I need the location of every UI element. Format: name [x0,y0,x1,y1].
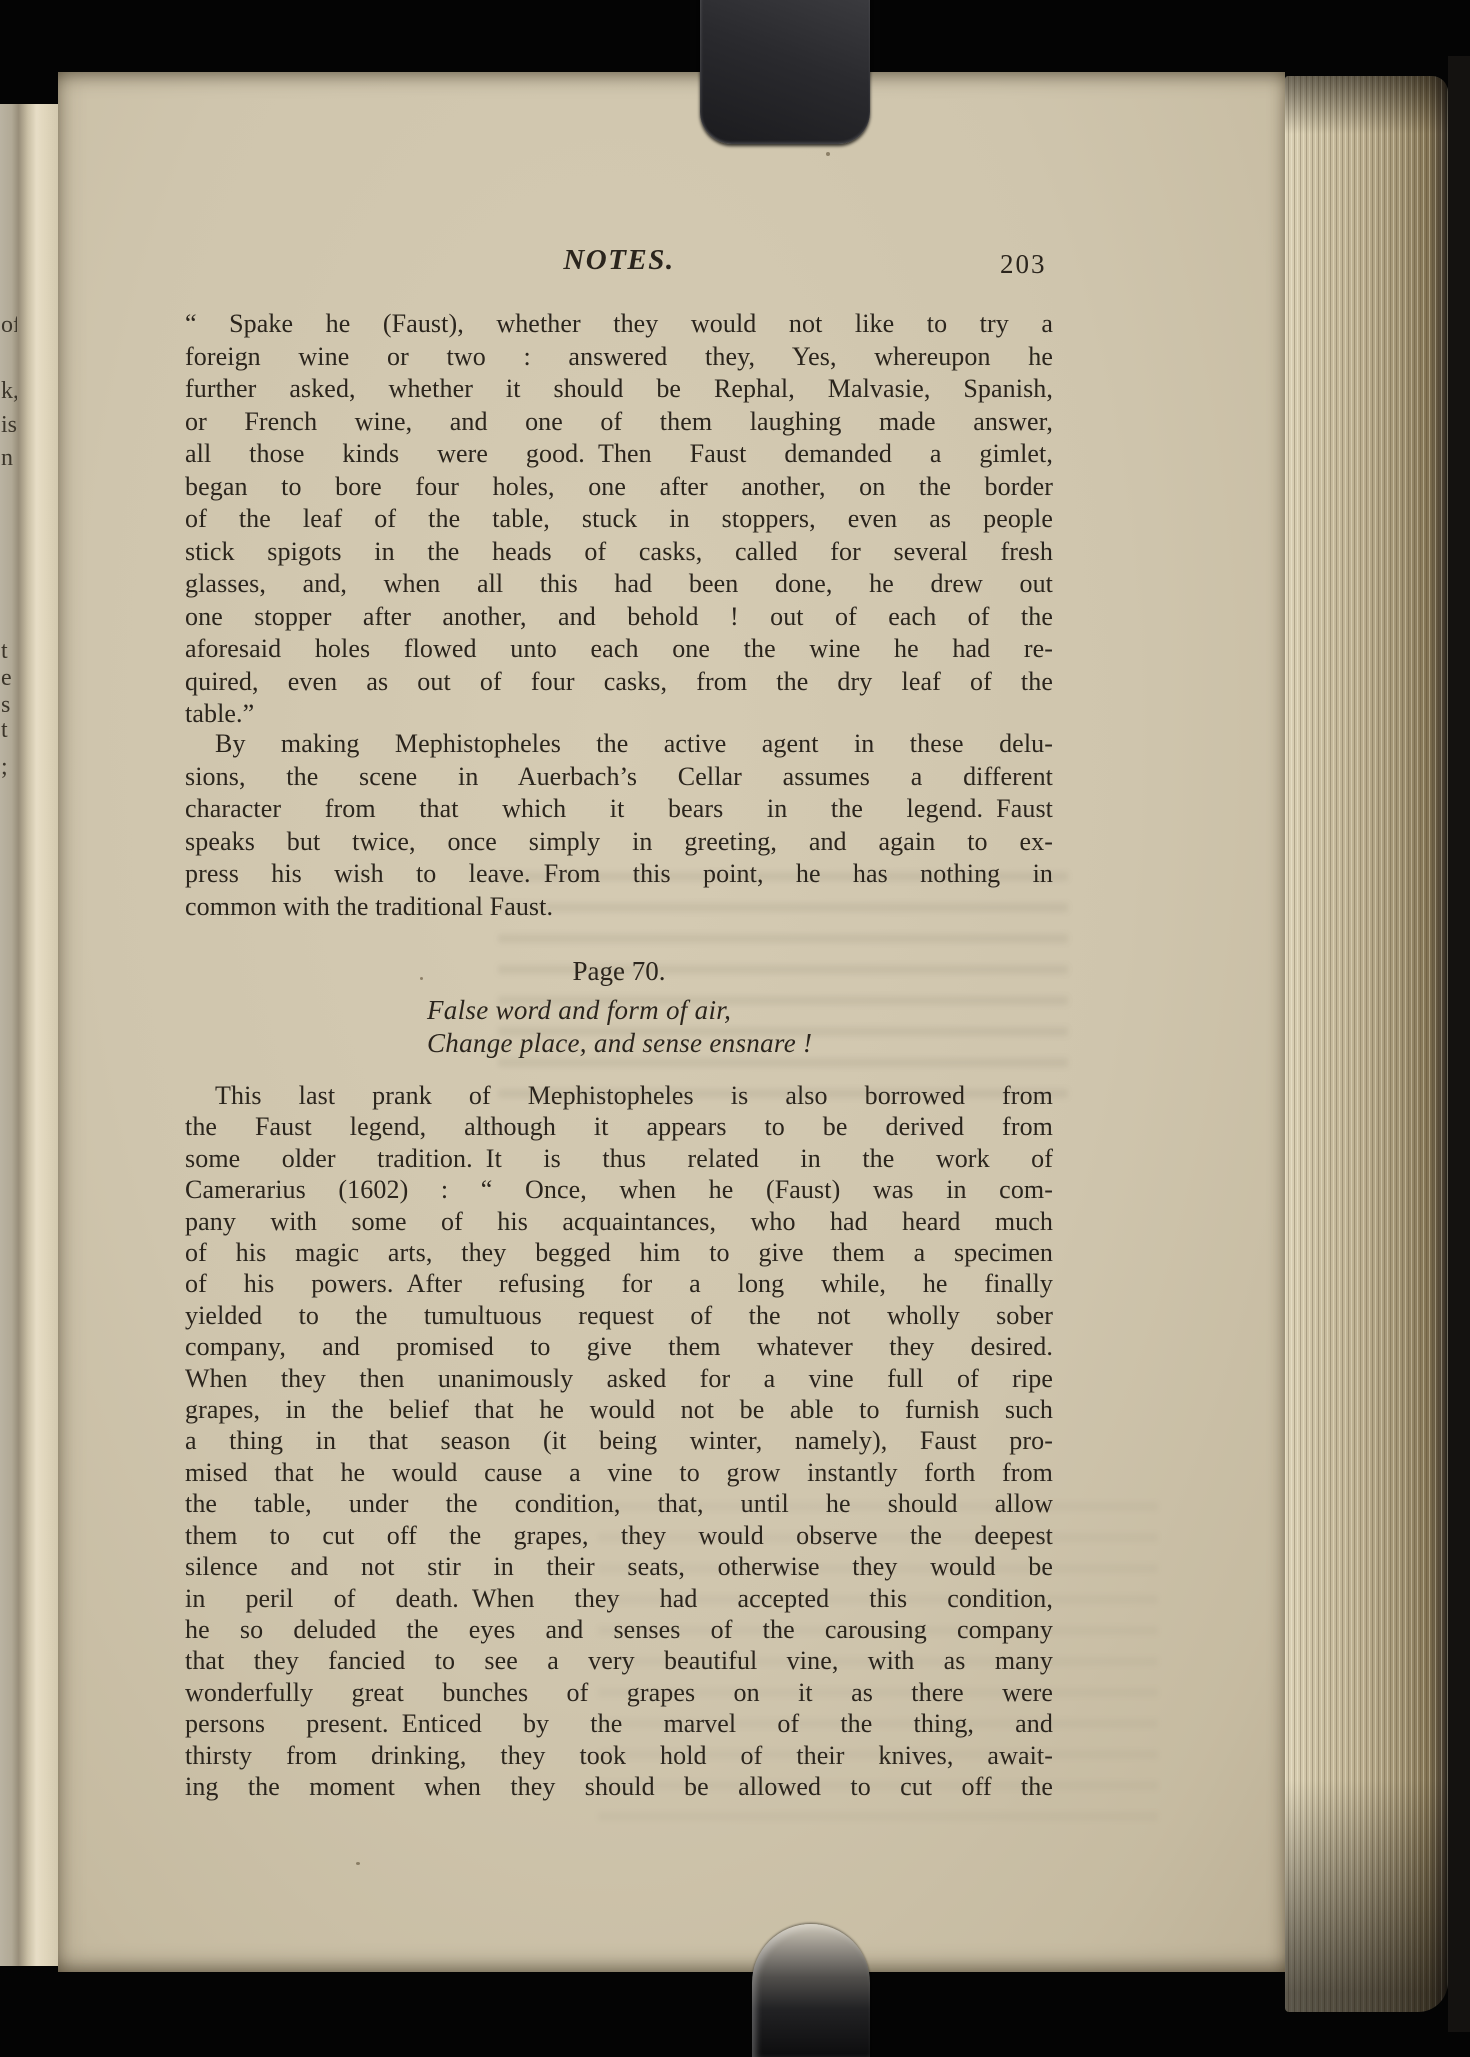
text-line: all those kinds were good. Then Faust de… [185,438,1053,471]
text-line: wonderfully great bunches of grapes on i… [185,1677,1053,1708]
text-line: of his powers. After refusing for a long… [185,1268,1053,1299]
text-line: character from that which it bears in th… [185,793,1053,826]
text-line: stick spigots in the heads of casks, cal… [185,536,1053,569]
facing-page-fragment: t [1,717,8,744]
text-line: some older tradition. It is thus related… [185,1143,1053,1174]
paper-speck [356,1862,360,1865]
verse-quotation: False word and form of air, Change place… [427,994,812,1060]
text-line: yielded to the tumultuous request of the… [185,1300,1053,1331]
text-line: a thing in that season (it being winter,… [185,1425,1053,1456]
text-line: further asked, whether it should be Reph… [185,373,1053,406]
scanner-clip-bottom [752,1924,870,2057]
text-line: This last prank of Mephistopheles is als… [185,1080,1053,1111]
text-line: foreign wine or two : answered they, Yes… [185,341,1053,374]
facing-page-fragment: n [1,445,13,472]
section-heading: Page 70. [185,956,1053,987]
verse-line: Change place, and sense ensnare ! [427,1027,812,1060]
scanner-clip-top [700,0,870,144]
verse-line: False word and form of air, [427,994,812,1027]
text-line: company, and promised to give them whate… [185,1331,1053,1362]
text-line: thirsty from drinking, they took hold of… [185,1740,1053,1771]
text-line: persons present. Enticed by the marvel o… [185,1708,1053,1739]
text-line: ing the moment when they should be allow… [185,1771,1053,1802]
text-line: in peril of death. When they had accepte… [185,1583,1053,1614]
text-line: speaks but twice, once simply in greetin… [185,826,1053,859]
text-line: aforesaid holes flowed unto each one the… [185,633,1053,666]
text-line: silence and not stir in their seats, oth… [185,1551,1053,1582]
text-line: them to cut off the grapes, they would o… [185,1520,1053,1551]
text-line: By making Mephistopheles the active agen… [185,728,1053,761]
book-fore-edge-pages [1285,76,1448,2012]
text-line: “ Spake he (Faust), whether they would n… [185,308,1053,341]
paragraph-3: This last prank of Mephistopheles is als… [185,1080,1053,1802]
book-cover-edge [1448,56,1470,2032]
text-line: When they then unanimously asked for a v… [185,1363,1053,1394]
facing-page-fragment: t [1,638,8,665]
text-line: of his magic arts, they begged him to gi… [185,1237,1053,1268]
text-line: quired, even as out of four casks, from … [185,666,1053,699]
facing-page-fragment: k, [1,378,17,405]
facing-page-fragment: is [1,412,17,439]
text-line: Camerarius (1602) : “ Once, when he (Fau… [185,1174,1053,1205]
text-line: table.” [185,698,1053,731]
text-line: or French wine, and one of them laughing… [185,406,1053,439]
facing-page-fragment: e [1,665,12,692]
text-line: the Faust legend, although it appears to… [185,1111,1053,1142]
text-line: grapes, in the belief that he would not … [185,1394,1053,1425]
text-line: that they fancied to see a very beautifu… [185,1645,1053,1676]
text-line: common with the traditional Faust. [185,891,1053,924]
book-page: NOTES. 203 “ Spake he (Faust), whether t… [58,72,1285,1972]
paragraph-1: “ Spake he (Faust), whether they would n… [185,308,1053,731]
text-line: glasses, and, when all this had been don… [185,568,1053,601]
running-head-title: NOTES. [185,244,1053,277]
text-line: sions, the scene in Auerbach’s Cellar as… [185,761,1053,794]
facing-page-fragment: of [1,312,17,339]
page-number: 203 [1000,249,1047,280]
text-line: began to bore four holes, one after anot… [185,471,1053,504]
text-line: press his wish to leave. From this point… [185,858,1053,891]
text-line: of the leaf of the table, stuck in stopp… [185,503,1053,536]
facing-page-fragment: s [1,692,10,719]
paragraph-2: By making Mephistopheles the active agen… [185,728,1053,923]
text-line: the table, under the condition, that, un… [185,1488,1053,1519]
text-line: pany with some of his acquaintances, who… [185,1206,1053,1237]
text-line: mised that he would cause a vine to grow… [185,1457,1053,1488]
paper-speck [826,152,830,156]
book-scan-photo: of k, is n t e s t ; NOTES. 203 “ Spake … [0,0,1470,2057]
facing-page-fragment: ; [1,754,8,781]
text-line: one stopper after another, and behold ! … [185,601,1053,634]
text-line: he so deluded the eyes and senses of the… [185,1614,1053,1645]
facing-page-edge: of k, is n t e s t ; [0,104,17,1966]
